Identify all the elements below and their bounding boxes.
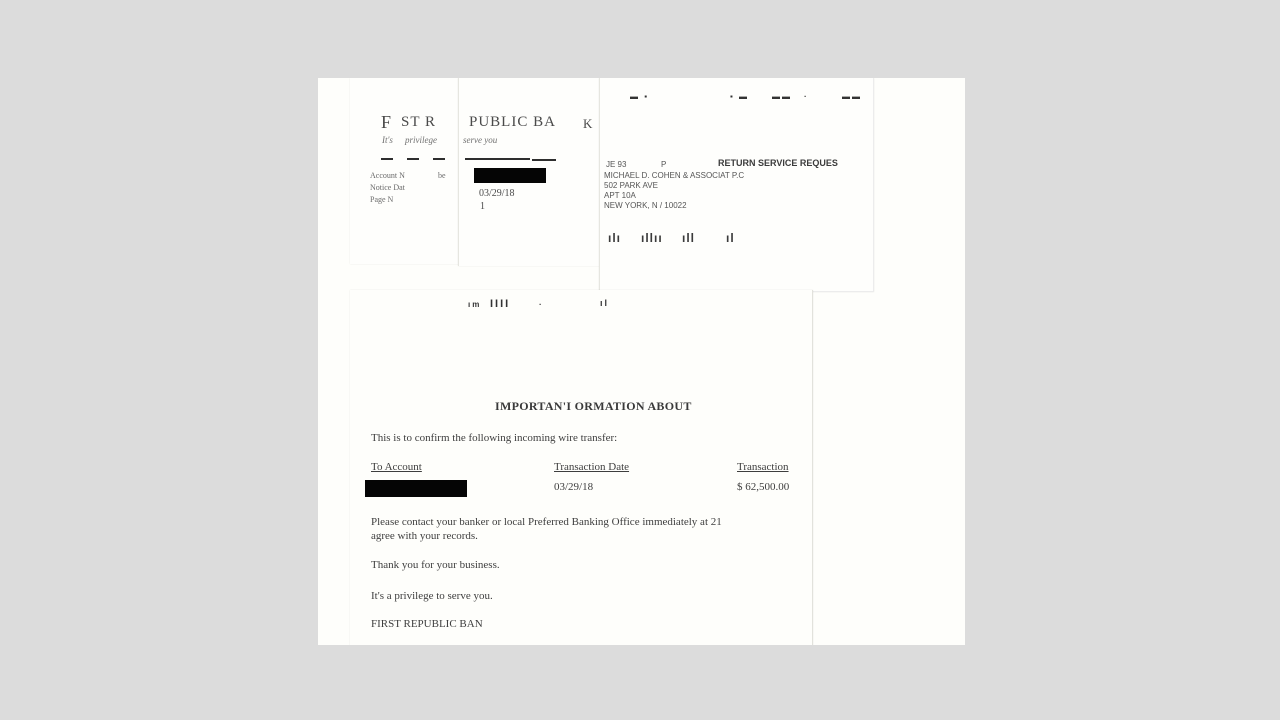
contact-text-line-2: agree with your records. bbox=[371, 529, 478, 543]
label-suffix: be bbox=[438, 170, 446, 182]
scan-mark: · bbox=[804, 92, 809, 101]
redacted-account-number bbox=[474, 168, 546, 183]
notice-title: IMPORTAN'I ORMATION ABOUT bbox=[495, 399, 692, 414]
scan-mark: ▬▬ bbox=[842, 92, 862, 101]
divider-dash bbox=[465, 158, 530, 160]
tagline-fragment: privilege bbox=[405, 135, 437, 145]
bank-name-fragment: F bbox=[381, 112, 392, 133]
page-number-value: 1 bbox=[480, 200, 485, 213]
notice-date-label: Notice Dat bbox=[370, 182, 405, 194]
account-number-label: Account N bbox=[370, 170, 405, 182]
page-number-label: Page N bbox=[370, 194, 405, 206]
postal-barcode-fragment: ıll bbox=[682, 231, 695, 245]
bank-name-fragment: K bbox=[583, 116, 593, 132]
divider-dash bbox=[532, 159, 556, 161]
transaction-amount-value: $ 62,500.00 bbox=[737, 481, 789, 493]
scan-mark: · bbox=[539, 300, 544, 309]
column-header-transaction: Transaction bbox=[737, 461, 789, 473]
city-state-zip: NEW YORK, N / 10022 bbox=[604, 201, 744, 211]
tagline-fragment: It's bbox=[382, 135, 393, 145]
scan-mark: ▪ ▬ bbox=[730, 92, 749, 101]
divider-dash bbox=[407, 158, 419, 160]
return-service-requested: RETURN SERVICE REQUES bbox=[718, 158, 838, 168]
thank-you-text: Thank you for your business. bbox=[371, 558, 500, 572]
transaction-date-value: 03/29/18 bbox=[554, 481, 593, 493]
redacted-to-account bbox=[365, 480, 467, 497]
mailing-address: MICHAEL D. COHEN & ASSOCIAT P.C 502 PARK… bbox=[604, 171, 744, 211]
meta-labels: Account N Notice Dat Page N bbox=[370, 170, 405, 206]
postal-barcode-fragment: ıl bbox=[726, 231, 735, 245]
scan-mark: ım bbox=[468, 300, 481, 309]
tagline-fragment: serve you bbox=[463, 135, 497, 145]
signature-bank-name: FIRST REPUBLIC BAN bbox=[371, 617, 483, 631]
contact-text-line-1: Please contact your banker or local Pref… bbox=[371, 515, 722, 529]
column-header-transaction-date: Transaction Date bbox=[554, 461, 629, 473]
postal-barcode-fragment: ılı bbox=[608, 231, 621, 245]
intro-text: This is to confirm the following incomin… bbox=[371, 431, 617, 445]
mail-code-line: JE 93 bbox=[606, 160, 626, 170]
bank-name-fragment: ST R bbox=[401, 114, 436, 131]
apartment: APT 10A bbox=[604, 191, 744, 201]
divider-dash bbox=[433, 158, 445, 160]
scan-mark: IIII bbox=[490, 298, 510, 310]
column-header-to-account: To Account bbox=[371, 461, 422, 473]
scan-mark: ıl bbox=[600, 298, 609, 308]
scanned-document: F ST R PUBLIC BA K It's privilege serve … bbox=[318, 78, 965, 645]
scan-mark: ▬ ▪ bbox=[630, 92, 649, 101]
addressee-name: MICHAEL D. COHEN & ASSOCIAT P.C bbox=[604, 171, 744, 181]
scan-mark: ▬▬ bbox=[772, 92, 792, 101]
closing-text: It's a privilege to serve you. bbox=[371, 589, 493, 603]
street-address: 502 PARK AVE bbox=[604, 181, 744, 191]
bank-name-fragment: PUBLIC BA bbox=[469, 114, 556, 131]
mail-code-mark: P bbox=[661, 160, 666, 170]
divider-dash bbox=[381, 158, 393, 160]
postal-barcode-fragment: ıllıı bbox=[641, 231, 663, 245]
notice-date-value: 03/29/18 bbox=[479, 187, 515, 200]
